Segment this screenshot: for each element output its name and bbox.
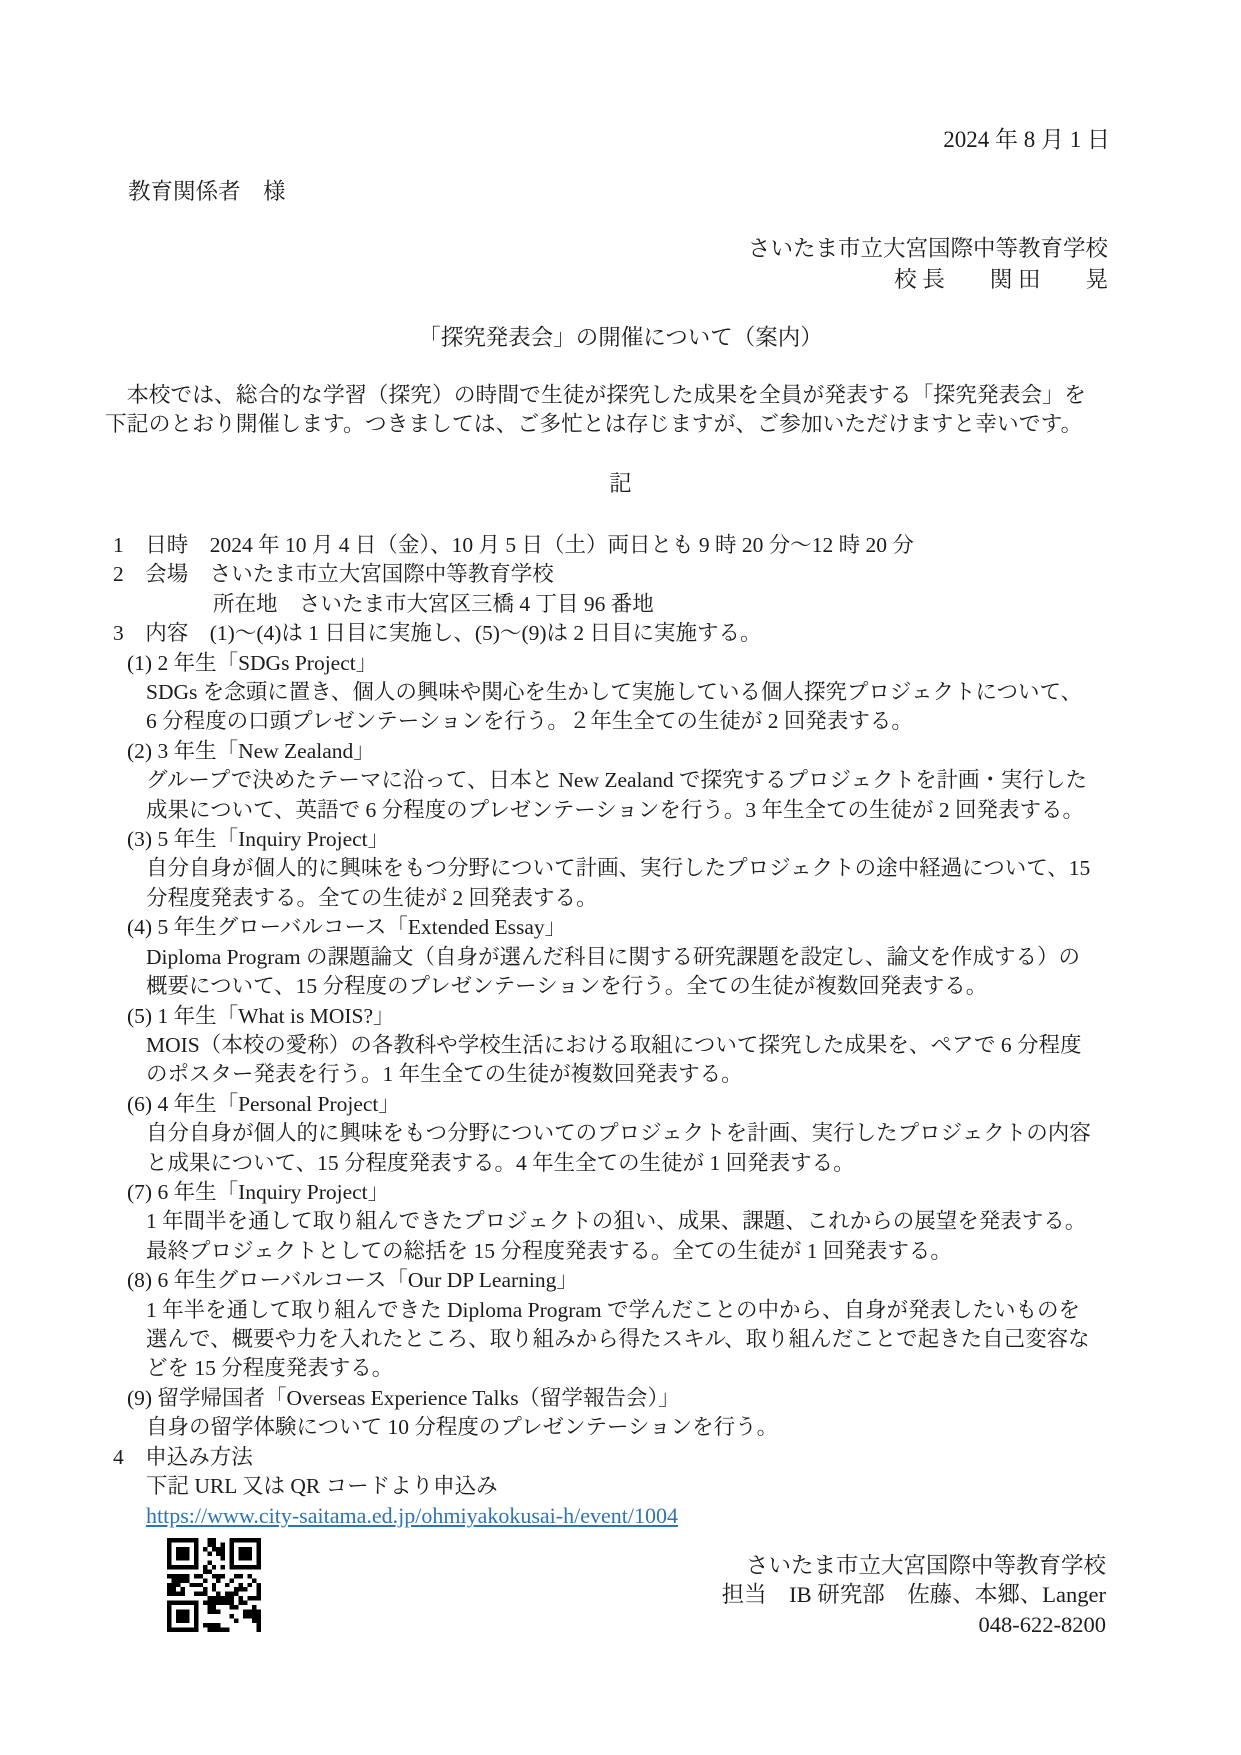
footer-contact-block: さいたま市立大宮国際中等教育学校 担当 IB 研究部 佐藤、本郷、Langer … [722,1551,1106,1639]
document-date: 2024 年 8 月 1 日 [943,121,1110,154]
intro-line-2: 下記のとおり開催します。つきましては、ご多忙とは存じますが、ご参加いただけますと… [105,410,1086,439]
application-instruction: 下記 URL 又は QR コードより申込み [113,1472,1091,1501]
program-6-heading: (6) 4 年生「Personal Project」 [113,1090,1091,1119]
program-1-desc-line: SDGs を念頭に置き、個人の興味や関心を生かして実施している個人探究プロジェク… [113,678,1091,707]
program-5-desc-line: のポスター発表を行う。1 年生全ての生徒が複数回発表する。 [113,1060,1091,1089]
program-6-desc-line: 自分自身が個人的に興味をもつ分野についてのプロジェクトを計画、実行したプロジェク… [113,1119,1091,1148]
sender-principal: 校 長 関 田 晃 [748,264,1108,295]
intro-line-1: 本校では、総合的な学習（探究）の時間で生徒が探究した成果を全員が発表する「探究発… [105,381,1086,410]
program-1-heading: (1) 2 年生「SDGs Project」 [113,649,1091,678]
program-2-desc-line: 成果について、英語で 6 分程度のプレゼンテーションを行う。3 年生全ての生徒が… [113,796,1091,825]
program-2-desc-line: グループで決めたテーマに沿って、日本と New Zealand で探究するプロジ… [113,766,1091,795]
program-8-heading: (8) 6 年生グローバルコース「Our DP Learning」 [113,1266,1091,1295]
program-4-desc-line: 概要について、15 分程度のプレゼンテーションを行う。全ての生徒が複数回発表する… [113,972,1091,1001]
intro-paragraph: 本校では、総合的な学習（探究）の時間で生徒が探究した成果を全員が発表する「探究発… [105,381,1086,440]
program-8-desc-line: 1 年半を通して取り組んできた Diploma Program で学んだことの中… [113,1296,1091,1325]
program-5-desc-line: MOIS（本校の愛称）の各教科や学校生活における取組について探究した成果を、ペア… [113,1031,1091,1060]
program-4-heading: (4) 5 年生グローバルコース「Extended Essay」 [113,913,1091,942]
program-8-desc-line: 選んで、概要や力を入れたところ、取り組みから得たスキル、取り組んだことで起きた自… [113,1325,1091,1354]
footer-school: さいたま市立大宮国際中等教育学校 [722,1551,1106,1580]
program-3-heading: (3) 5 年生「Inquiry Project」 [113,825,1091,854]
sender-school: さいたま市立大宮国際中等教育学校 [748,233,1108,264]
detail-item-contents: 3 内容 (1)～(4)は 1 日目に実施し、(5)～(9)は 2 日目に実施す… [113,619,1091,648]
sender-block: さいたま市立大宮国際中等教育学校 校 長 関 田 晃 [748,233,1108,295]
page-title: 「探究発表会」の開催について（案内） [0,320,1241,352]
program-3-desc-line: 自分自身が個人的に興味をもつ分野について計画、実行したプロジェクトの途中経過につ… [113,854,1091,883]
detail-item-venue: 2 会場 さいたま市立大宮国際中等教育学校 [113,560,1091,589]
program-1-desc-line: 6 分程度の口頭プレゼンテーションを行う。２年生全ての生徒が 2 回発表する。 [113,707,1091,736]
program-8-desc-line: どを 15 分程度発表する。 [113,1354,1091,1383]
details-list: 1 日時 2024 年 10 月 4 日（金）、10 月 5 日（土）両日とも … [113,531,1091,1532]
program-7-desc-line: 最終プロジェクトとしての総括を 15 分程度発表する。全ての生徒が 1 回発表す… [113,1237,1091,1266]
program-3-desc-line: 分程度発表する。全ての生徒が 2 回発表する。 [113,884,1091,913]
program-7-desc-line: 1 年間半を通して取り組んできたプロジェクトの狙い、成果、課題、これからの展望を… [113,1207,1091,1236]
qr-code-icon [167,1538,261,1632]
program-2-heading: (2) 3 年生「New Zealand」 [113,737,1091,766]
footer-phone: 048-622-8200 [722,1610,1106,1639]
venue-address: 所在地 さいたま市大宮区三橋 4 丁目 96 番地 [113,590,1091,619]
record-marker: 記 [0,466,1241,498]
document-page: 2024 年 8 月 1 日 教育関係者 様 さいたま市立大宮国際中等教育学校 … [0,0,1241,1755]
detail-item-datetime: 1 日時 2024 年 10 月 4 日（金）、10 月 5 日（土）両日とも … [113,531,1091,560]
program-4-desc-line: Diploma Program の課題論文（自身が選んだ科目に関する研究課題を設… [113,943,1091,972]
program-9-heading: (9) 留学帰国者「Overseas Experience Talks（留学報告… [113,1384,1091,1413]
program-6-desc-line: と成果について、15 分程度発表する。4 年生全ての生徒が 1 回発表する。 [113,1149,1091,1178]
detail-item-application: 4 申込み方法 [113,1443,1091,1472]
recipient: 教育関係者 様 [128,174,286,206]
footer-contact-staff: 担当 IB 研究部 佐藤、本郷、Langer [722,1580,1106,1609]
program-9-desc-line: 自身の留学体験について 10 分程度のプレゼンテーションを行う。 [113,1413,1091,1442]
program-5-heading: (5) 1 年生「What is MOIS?」 [113,1002,1091,1031]
program-7-heading: (7) 6 年生「Inquiry Project」 [113,1178,1091,1207]
application-url-link[interactable]: https://www.city-saitama.ed.jp/ohmiyakok… [146,1503,678,1528]
